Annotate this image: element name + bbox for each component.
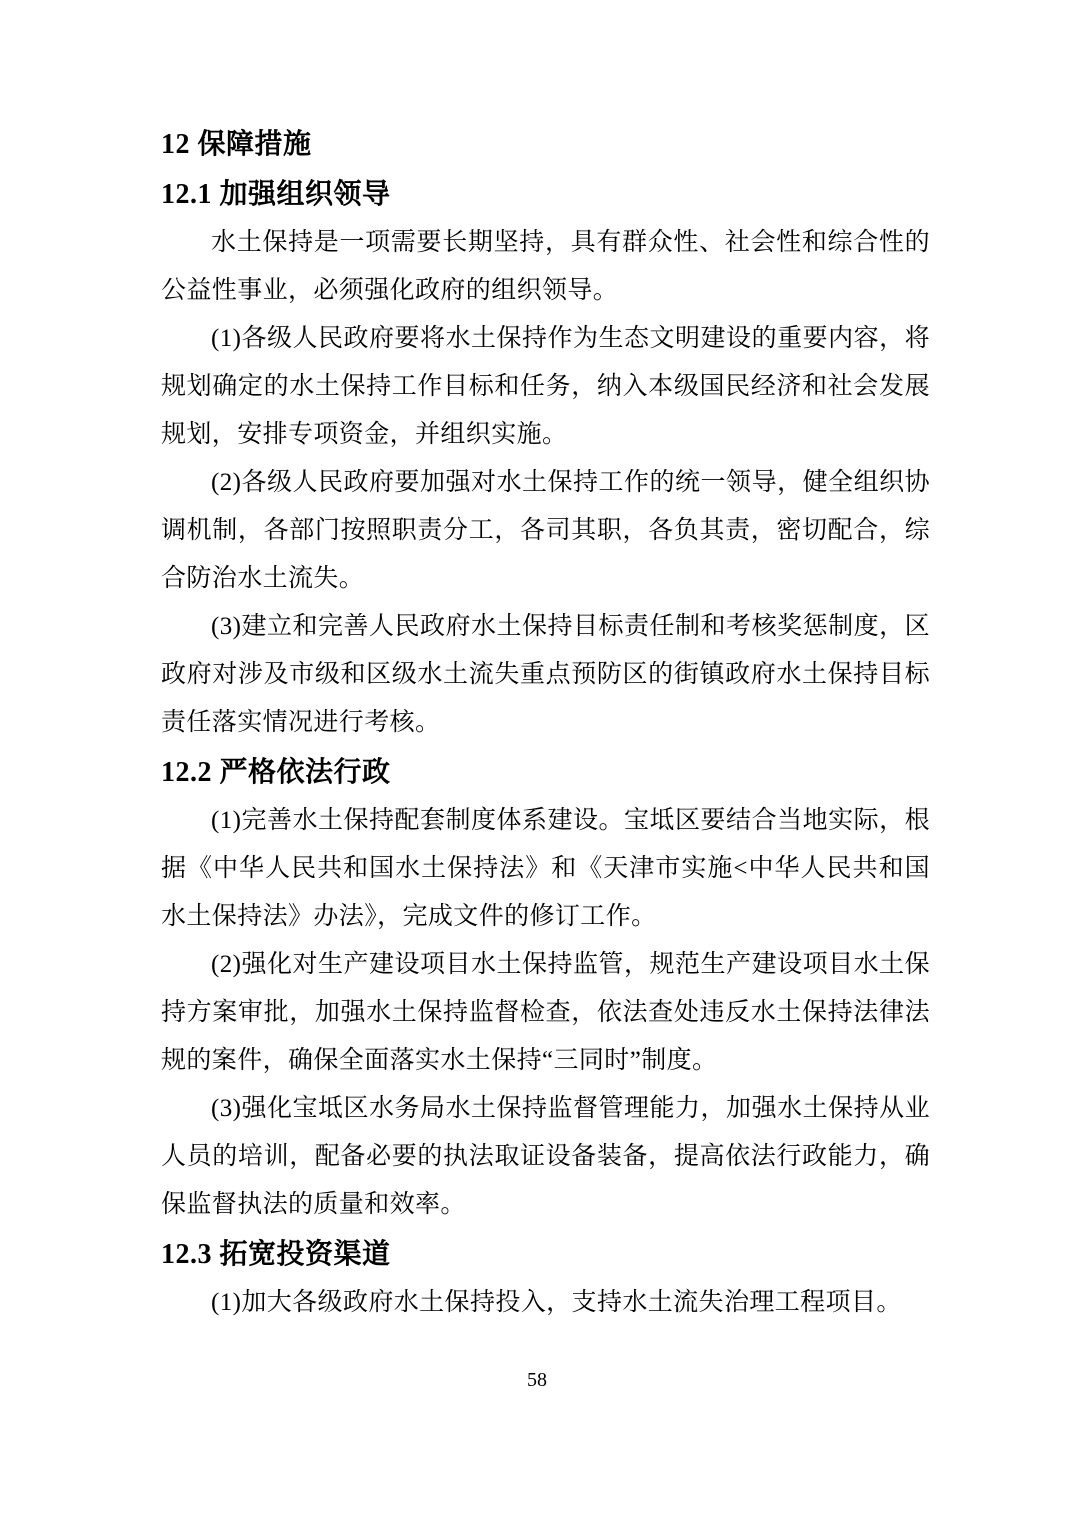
section-heading-12-2: 12.2 严格依法行政 [161,749,930,797]
paragraph: (3)强化宝坻区水务局水土保持监督管理能力，加强水土保持从业人员的培训，配备必要… [161,1085,930,1229]
paragraph: (1)各级人民政府要将水土保持作为生态文明建设的重要内容，将规划确定的水土保持工… [161,315,930,459]
document-body: 12 保障措施 12.1 加强组织领导 水土保持是一项需要长期坚持，具有群众性、… [161,121,930,1327]
paragraph: (2)强化对生产建设项目水土保持监管，规范生产建设项目水土保持方案审批，加强水土… [161,941,930,1085]
document-page: 12 保障措施 12.1 加强组织领导 水土保持是一项需要长期坚持，具有群众性、… [0,0,1074,1520]
paragraph: (1)完善水土保持配套制度体系建设。宝坻区要结合当地实际，根据《中华人民共和国水… [161,797,930,941]
paragraph: (3)建立和完善人民政府水土保持目标责任制和考核奖惩制度，区政府对涉及市级和区级… [161,603,930,747]
page-number: 58 [0,1368,1074,1392]
paragraph: 水土保持是一项需要长期坚持，具有群众性、社会性和综合性的公益性事业，必须强化政府… [161,219,930,315]
paragraph: (1)加大各级政府水土保持投入，支持水土流失治理工程项目。 [161,1279,930,1327]
chapter-heading: 12 保障措施 [161,121,930,169]
section-heading-12-3: 12.3 拓宽投资渠道 [161,1231,930,1279]
section-heading-12-1: 12.1 加强组织领导 [161,171,930,219]
paragraph: (2)各级人民政府要加强对水土保持工作的统一领导，健全组织协调机制，各部门按照职… [161,459,930,603]
